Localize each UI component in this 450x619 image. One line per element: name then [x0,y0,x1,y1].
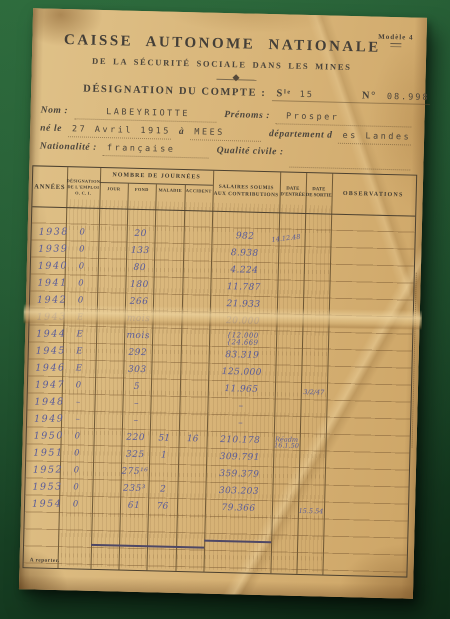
document-subtitle: DE LA SÉCURITÉ SOCIALE DANS LES MINES [32,54,412,73]
cell-emploi: 0 [60,467,93,475]
numero-value: 08.998 [387,92,430,103]
nationalite-label: Nationalité : [40,141,103,153]
cell-fond: 266 [125,298,153,306]
cell-jour [99,233,127,234]
cell-fond: 180 [125,281,153,289]
lieu-field: MEES [190,127,261,142]
cell-accident: 16 [179,436,207,444]
prenoms-label: Prénoms : [216,110,276,121]
cell-maladie: 76 [148,503,177,511]
cell-obs [329,307,413,309]
cell-accident [179,422,207,423]
cell-jour [93,454,121,455]
cell-fond: – [122,400,150,408]
cell-accident [184,236,212,237]
col-header-annees: ANNÉES [32,166,67,207]
cell-entree [275,374,301,375]
cell-maladie [150,422,179,423]
cell-accident [180,371,208,372]
cell-sortie [299,459,325,460]
col-group-journees: NOMBRE DE JOURNÉES JOUR FOND MALADIE ACC… [99,168,213,211]
cell-accident [179,405,207,406]
departement-label: département d [261,129,339,141]
cell-salaire: 20.000 [209,317,276,326]
cell-entree: Réadm 16.1.50 [273,436,299,449]
cell-obs [327,392,411,394]
cell-year: 1951 [26,449,60,457]
cell-jour [96,335,124,336]
cell-year: 1940 [31,262,65,270]
cell-jour [97,318,125,319]
cell-accident [182,287,210,288]
col-header-fond: FOND [127,183,156,210]
cell-fond: mois [124,332,152,340]
cell-entree [278,255,304,256]
cell-jour [97,301,125,302]
cell-jour [96,352,124,353]
cell-jour [98,267,126,268]
a-reporter-label: A reporter. [30,557,60,564]
nom-field: LABEYRIOTTE [74,106,216,122]
cell-year: 1949 [27,415,61,423]
cell-maladie [155,235,184,236]
a-label: à [171,127,191,137]
cell-jour [95,386,123,387]
cell-entree: 14.12.48 [271,233,298,242]
cell-sortie [301,374,327,375]
cell-jour [95,403,123,404]
cell-emploi: E [64,314,97,322]
cell-entree [274,425,300,426]
cell-entree [272,510,298,511]
cell-fond: 5 [123,383,151,391]
col-header-date-entree: DATE D'ENTRÉE [279,172,306,213]
cell-obs [325,477,409,479]
cell-accident [181,337,209,338]
cell-jour [95,369,123,370]
cell-accident [183,253,211,254]
cell-sortie [302,340,328,341]
table-body: 193802098214.12.48193901338.93819400804.… [23,206,415,576]
cell-year: 1943 [30,313,64,321]
cell-fond: mois [124,315,152,323]
col-header-salaires: SALAIRES SOUMIS AUX CONTRIBUTIONS [212,171,280,213]
col-header-jour: JOUR [99,182,128,209]
cell-jour [94,420,122,421]
cell-maladie [153,286,182,287]
cell-emploi: 0 [62,382,95,390]
cell-fond: 235³ [120,485,148,493]
cell-obs [326,426,410,428]
cell-maladie [151,388,180,389]
cell-accident [180,388,208,389]
cell-salaire: {12.000 {24.669 [209,332,276,347]
cell-emploi: – [61,399,94,407]
cell-fond: 133 [126,247,154,255]
cell-maladie: 2 [148,486,177,494]
cell-emploi: 0 [64,280,97,288]
col-header-observations: OBSERVATIONS [331,174,415,216]
cell-maladie [153,320,182,321]
cell-salaire: – [207,419,274,428]
cell-year: 1941 [30,279,64,287]
cell-sortie [300,442,326,443]
cell-emploi: 0 [66,229,99,237]
cell-entree [276,340,302,341]
cell-emploi: 0 [64,297,97,305]
cell-salaire: 125.000 [208,368,275,377]
cell-entree [278,272,304,273]
cell-sortie: 3/2/47 [301,388,327,395]
identity-line-naissance: né le 27 Avril 1915 à MEES département d… [40,123,411,144]
col-header-date-sortie: DATE DE SORTIE [305,173,332,214]
cell-maladie [149,473,178,474]
cell-sortie: 15.5.54 [298,507,324,514]
identity-line-nationalite: Nationalité : française Qualité civile : [40,141,411,162]
cell-sortie [304,272,330,273]
cell-accident [182,303,210,304]
cell-jour [97,284,125,285]
cell-fond: – [122,417,150,425]
ne-le-field: 27 Avril 1915 [68,124,171,140]
departement-value: es Landes [342,131,411,143]
cell-emploi: 0 [61,433,94,441]
cell-year: 1938 [32,228,66,236]
cell-fond: 275¹⁶ [121,468,149,476]
col-header-maladie: MALADIE [155,183,185,210]
journees-subcolumns: JOUR FOND MALADIE ACCIDENT [99,182,213,211]
cell-entree [272,493,298,494]
account-table: ANNÉES DÉSIGNATION DE L'EMPLOI O. C. I. … [22,165,417,577]
cell-fond: 303 [123,366,151,374]
cell-accident [178,473,206,474]
lieu-value: MEES [194,127,225,138]
cell-maladie [154,252,183,253]
account-designation-line: DÉSIGNATION DU COMPTE : Sˡᵉ 15 N° 08.998 [83,84,411,105]
serie-value: 15 [300,90,314,100]
cell-maladie: 1 [149,452,178,460]
cell-entree [273,459,299,460]
cell-salaire: 79.366 [205,504,272,513]
cell-year: 1939 [31,245,65,253]
cell-maladie [151,371,180,372]
cell-accident [182,320,210,321]
numero-label: N° [362,90,377,101]
cell-obs [326,443,410,445]
cell-emploi: 0 [60,450,93,458]
cell-sortie [300,425,326,426]
serie-label: Sˡᵉ [276,88,291,99]
cell-salaire: 4.224 [211,266,278,275]
cell-year: 1944 [29,330,63,338]
cell-emploi: 0 [65,263,98,271]
cell-accident [178,456,206,457]
cell-emploi: E [62,365,95,373]
cell-obs [326,409,410,411]
cell-maladie [154,269,183,270]
cell-accident [183,270,211,271]
cell-emploi: – [61,416,94,424]
cell-salaire: 11.787 [210,283,277,292]
cell-obs [328,341,412,343]
cell-jour [93,471,121,472]
cell-fond: 61 [120,502,148,510]
cell-obs [331,239,415,241]
cell-year: 1950 [27,432,61,440]
cell-salaire: 982 [212,232,279,241]
cell-entree [274,408,300,409]
cell-emploi: 0 [65,246,98,254]
cell-year: 1946 [28,364,62,372]
ne-le-value: 27 Avril 1915 [72,124,171,136]
cell-emploi: 0 [59,501,92,509]
cell-jour [94,437,122,438]
cell-emploi: 0 [59,484,92,492]
cell-obs [329,324,413,326]
cell-fond: 20 [127,230,155,238]
cell-year: 1942 [30,296,64,304]
cell-sortie [300,408,326,409]
cell-entree [275,391,301,392]
cell-fond: 220 [122,434,150,442]
cell-salaire: 8.938 [211,249,278,258]
cell-salaire: – [207,402,274,411]
account-values: Sˡᵉ 15 N° 08.998 [272,88,429,105]
divider-ornament [217,74,257,81]
qualite-label: Qualité civile : [208,146,289,158]
cell-entree [276,357,302,358]
col-header-designation: DÉSIGNATION DE L'EMPLOI O. C. I. [66,167,100,208]
cell-obs [329,290,413,292]
cell-accident [177,490,205,491]
nom-label: Nom : [41,105,75,116]
cell-year: 1954 [25,500,59,508]
cell-sortie [303,289,329,290]
cell-salaire: 303.203 [205,487,272,496]
cell-year: 1948 [27,398,61,406]
cell-obs [330,273,414,275]
cell-sortie [303,306,329,307]
cell-accident [177,507,205,508]
cell-accident [181,354,209,355]
ne-le-label: né le [40,123,68,134]
cell-obs [325,460,409,462]
cell-entree [277,306,303,307]
cell-salaire: 21.933 [210,300,277,309]
cell-year: 1952 [26,466,60,474]
col-header-accident: ACCIDENT [184,184,213,211]
cell-sortie [302,357,328,358]
cell-salaire: 309.791 [206,453,273,462]
cell-emploi: E [63,331,96,339]
nationalite-field: française [103,143,209,159]
cell-sortie [303,323,329,324]
cell-salaire: 11.965 [208,385,275,394]
cell-jour [92,488,120,489]
cell-sortie [299,476,325,477]
cell-salaire: 210.178 [207,436,274,445]
cell-obs [324,511,408,513]
cell-maladie [153,303,182,304]
cell-year: 1953 [25,483,59,491]
cell-obs [328,358,412,360]
cell-obs [327,375,411,377]
identity-line-nom: Nom : LABEYRIOTTE Prénoms : Prosper [40,105,411,126]
account-label: DÉSIGNATION DU COMPTE : [83,84,267,99]
document-title: CAISSE AUTONOME NATIONALE [32,31,412,57]
cell-obs [324,494,408,496]
cell-jour [98,250,126,251]
cell-year: 1945 [29,347,63,355]
cell-fond: 292 [124,349,152,357]
scanned-document-photo: { "page": { "model_label": "Modèle 4" },… [0,0,450,619]
identity-block: Nom : LABEYRIOTTE Prénoms : Prosper né l… [39,105,411,168]
cell-maladie: 51 [150,435,179,443]
cell-entree [273,476,299,477]
prenoms-field: Prosper [276,111,412,127]
cell-maladie [152,337,181,338]
qualite-field [289,155,410,171]
departement-field: es Landes [338,131,411,146]
cell-obs [330,256,414,258]
cell-salaire: 359.379 [206,470,273,479]
cell-year: 1947 [28,381,62,389]
cell-salaire: 83.319 [209,351,276,360]
cell-maladie [152,354,181,355]
cell-fond: 325 [121,451,149,459]
cell-entree [277,289,303,290]
document-sheet: Modèle 4 CAISSE AUTONOME NATIONALE DE LA… [19,8,427,598]
prenoms-value: Prosper [286,111,340,122]
nationalite-value: française [107,143,176,155]
cell-sortie [298,493,324,494]
cell-sortie [305,238,331,239]
cell-sortie [304,255,330,256]
cell-entree [277,323,303,324]
cell-fond: 80 [126,264,154,272]
cell-emploi: E [63,348,96,356]
cell-jour [92,505,120,506]
cell-maladie [151,405,180,406]
nom-value: LABEYRIOTTE [106,107,190,119]
